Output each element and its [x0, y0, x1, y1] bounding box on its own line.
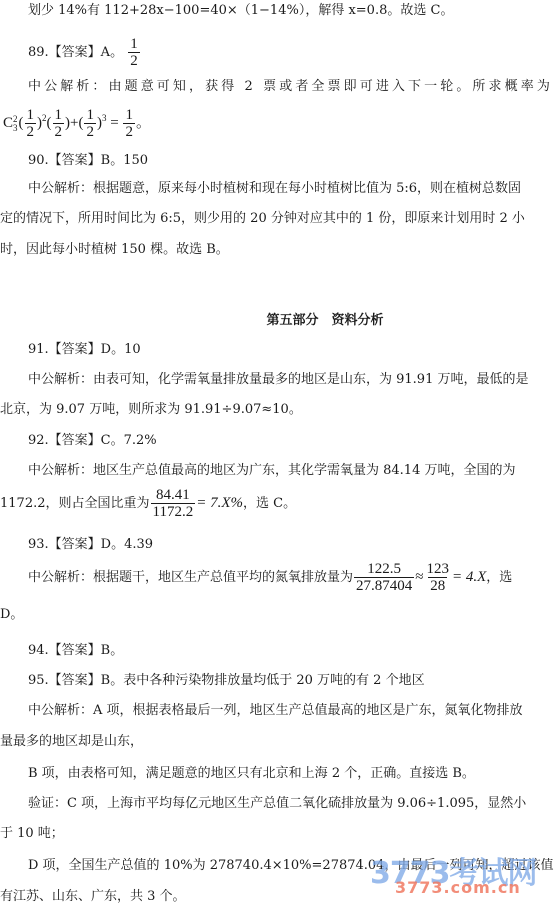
q95-analysis-b: B 项，由表格可知，满足题意的地区只有北京和上海 2 个，正确。直接选 B。: [28, 765, 475, 783]
q90-analysis-line-1: 中公解析：根据题意，原来每小时植树和现在每小时植树比值为 5:6，则在植树总数固: [28, 180, 521, 198]
q95-answer: 95.【答案】B。表中各种污染物排放量均低于 20 万吨的有 2 个地区: [28, 672, 425, 690]
q92-analysis-line-2: 1172.2，则占全国比重为84.411172.2= 7.X%，选 C。: [0, 483, 296, 524]
q95-verify-d-line-1: D 项，全国生产总值的 10%为 278740.4×10%=27874.04，由…: [28, 857, 554, 875]
q90-analysis-line-3: 时，因此每小时植树 150 棵。故选 B。: [0, 241, 229, 259]
q93-fraction-2: 12328: [425, 561, 452, 594]
q92-answer: 92.【答案】C。7.2%: [28, 432, 157, 450]
q95-analysis-a-line-2: 量最多的地区却是山东，: [0, 733, 143, 751]
q89-answer-label: 89.【答案】A。: [28, 45, 123, 60]
q93-analysis: 中公解析：根据题干，地区生产总值平均的氮氧排放量为122.527.87404≈1…: [28, 557, 512, 598]
q95-verify-c-line-2: 于 10 吨；: [0, 825, 64, 843]
q93-analysis-line-2: D。: [0, 606, 23, 624]
q94-answer: 94.【答案】B。: [28, 642, 123, 660]
q90-answer: 90.【答案】B。150: [28, 152, 148, 170]
q95-verify-d-line-2: 有江苏、山东、广东，共 3 个。: [0, 888, 186, 906]
q92-fraction: 84.411172.2: [151, 487, 196, 520]
q95-verify-c-line-1: 验证：C 项，上海市平均每亿元地区生产总值二氧化硫排放量为 9.06÷1.095…: [28, 795, 526, 813]
paragraph-q88-tail: 划少 14%有 112+28x−100=40×（1−14%），解得 x=0.8。…: [28, 2, 453, 20]
q91-analysis-line-1: 中公解析：由表可知，化学需氧量排放量最多的地区是山东，为 91.91 万吨，最低…: [28, 371, 528, 389]
q92-analysis-line-1: 中公解析：地区生产总值最高的地区为广东，其化学需氧量为 84.14 万吨，全国的…: [28, 462, 515, 480]
section-title: 第五部分 资料分析: [48, 309, 554, 328]
q91-answer: 91.【答案】D。10: [28, 341, 141, 359]
q89-answer-fraction: 1 2: [128, 36, 140, 69]
q95-analysis-a-line-1: 中公解析：A 项，根据表格最后一列，地区生产总值最高的地区是广东，氮氧化物排放: [28, 702, 523, 720]
watermark-url: 3773.com.cn: [395, 878, 521, 897]
q90-analysis-line-2: 定的情况下，所用时间比为 6:5，则少用的 20 分钟对应其中的 1 份，即原来…: [0, 210, 525, 228]
q89-formula: C23(12)2(12)+(12)3 = 12。: [3, 100, 151, 141]
q91-analysis-line-2: 北京，为 9.07 万吨，则所求为 91.91÷9.07≈10。: [0, 401, 302, 419]
q93-answer: 93.【答案】D。4.39: [28, 536, 153, 554]
q89-analysis: 中公解析：由题意可知，获得 2 票或者全票即可进入下一轮。所求概率为: [28, 78, 553, 96]
q93-fraction-1: 122.527.87404: [354, 561, 414, 594]
q89-answer: 89.【答案】A。 1 2: [28, 36, 141, 70]
